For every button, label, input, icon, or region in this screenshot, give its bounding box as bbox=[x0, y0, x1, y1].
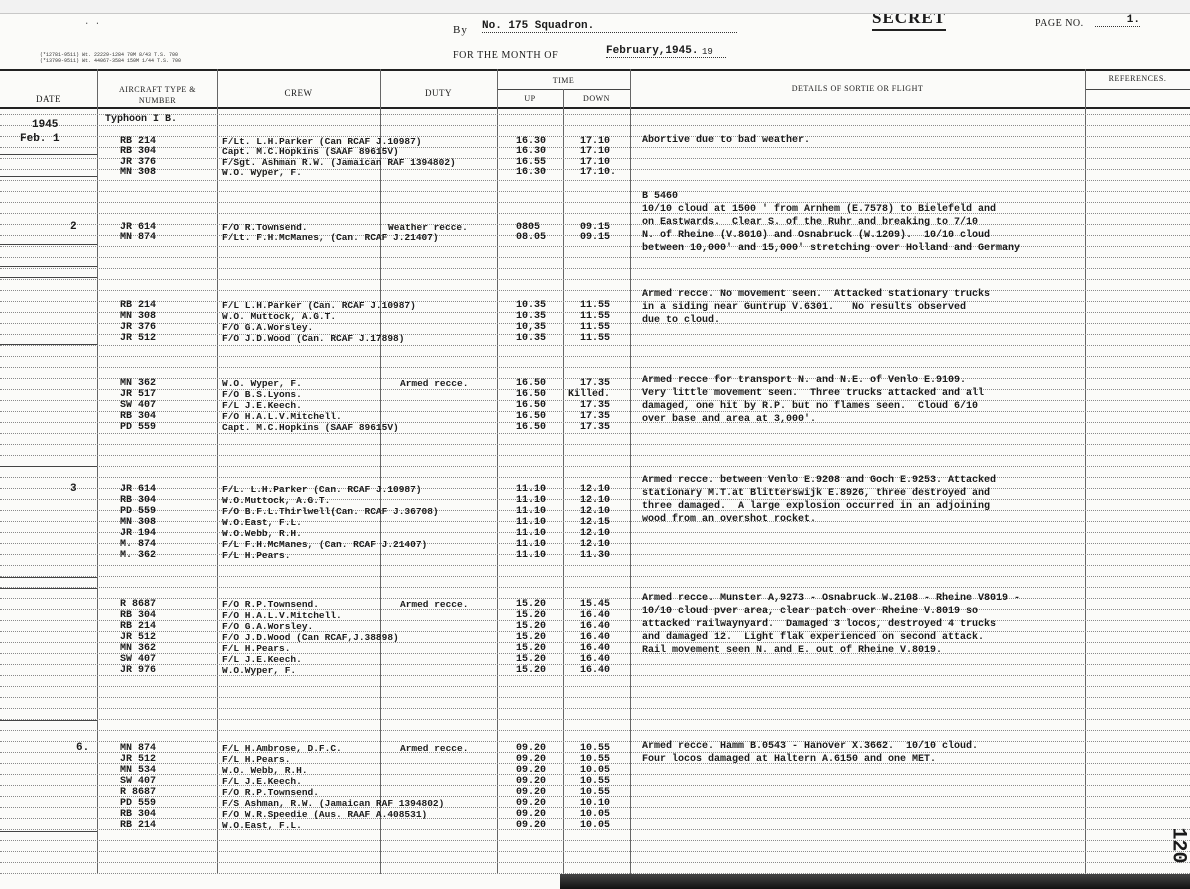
aircraft-number: RB 304 bbox=[120, 610, 156, 621]
crew-name: F/L L.H.Parker (Can. RCAF J.10987) bbox=[222, 300, 416, 311]
sortie-details: Armed recce for transport N. and N.E. of… bbox=[642, 374, 984, 426]
margin-rule bbox=[0, 720, 97, 721]
time-down: 11.55 bbox=[580, 311, 610, 322]
time-up: 15.20 bbox=[516, 599, 546, 610]
time-up: 16.50 bbox=[516, 422, 546, 433]
time-down: 11.55 bbox=[580, 333, 610, 344]
crew-name: W.O.Wyper, F. bbox=[222, 665, 296, 676]
crew-name: W.O. Wyper, F. bbox=[222, 167, 302, 178]
time-up: 10.35 bbox=[516, 300, 546, 311]
aircraft-number: SW 407 bbox=[120, 654, 156, 665]
crew-name: F/O R.P.Townsend. bbox=[222, 599, 319, 610]
time-up: 09.20 bbox=[516, 798, 546, 809]
ruled-line bbox=[0, 114, 1190, 115]
aircraft-number: PD 559 bbox=[120, 506, 156, 517]
time-up: 15.20 bbox=[516, 654, 546, 665]
page-bottom-margin bbox=[0, 874, 560, 889]
time-up: 15.20 bbox=[516, 610, 546, 621]
aircraft-number: JR 614 bbox=[120, 484, 156, 495]
aircraft-number: M. 874 bbox=[120, 539, 156, 550]
duty: Armed recce. bbox=[400, 599, 468, 610]
aircraft-number: MN 362 bbox=[120, 643, 156, 654]
header-rule-top bbox=[0, 69, 1190, 71]
crew-name: F/O G.A.Worsley. bbox=[222, 322, 313, 333]
col-time: Time bbox=[497, 76, 630, 85]
time-up: 09.20 bbox=[516, 820, 546, 831]
entry-date: 6. bbox=[76, 743, 89, 754]
margin-rule bbox=[0, 244, 97, 245]
time-down: Killed. bbox=[568, 389, 610, 400]
col-up: Up bbox=[497, 94, 563, 103]
margin-rule bbox=[0, 466, 97, 467]
operations-record-page: · · (*12781-9511) Wt. 22229-1284 70M 8/4… bbox=[0, 14, 1190, 874]
time-up: 11.10 bbox=[516, 517, 546, 528]
col-aircraft: Aircraft Type & Number bbox=[100, 84, 215, 106]
aircraft-type: Typhoon I B. bbox=[105, 114, 177, 125]
sortie-details: Armed recce. No movement seen. Attacked … bbox=[642, 288, 990, 327]
aircraft-number: R 8687 bbox=[120, 787, 156, 798]
crew-name: F/L F.H.McManes, (Can. RCAF J.21407) bbox=[222, 539, 427, 550]
margin-rule bbox=[0, 266, 97, 267]
time-down: 17.10. bbox=[580, 167, 616, 178]
time-down: 10.05 bbox=[580, 820, 610, 831]
time-up: 16.30 bbox=[516, 167, 546, 178]
time-up: 15.20 bbox=[516, 632, 546, 643]
ruled-line bbox=[0, 686, 1190, 687]
time-up: 08.05 bbox=[516, 232, 546, 243]
time-up: 16.50 bbox=[516, 389, 546, 400]
crew-name: F/O J.D.Wood (Can. RCAF J.17898) bbox=[222, 333, 404, 344]
time-down: 10.55 bbox=[580, 787, 610, 798]
references-subrule bbox=[1085, 89, 1190, 90]
time-up: 11.10 bbox=[516, 550, 546, 561]
column-divider bbox=[1085, 69, 1086, 874]
time-up: 16.50 bbox=[516, 400, 546, 411]
sortie-details: Armed recce. Hamm B.0543 - Hanover X.366… bbox=[642, 740, 978, 766]
crew-name: W.O.Webb, R.H. bbox=[222, 528, 302, 539]
aircraft-number: SW 407 bbox=[120, 776, 156, 787]
margin-rule bbox=[0, 831, 97, 832]
time-up: 10.35 bbox=[516, 311, 546, 322]
time-down: 10.55 bbox=[580, 776, 610, 787]
aircraft-number: RB 304 bbox=[120, 495, 156, 506]
time-up: 11.10 bbox=[516, 495, 546, 506]
aircraft-number: RB 304 bbox=[120, 411, 156, 422]
duty: Armed recce. bbox=[400, 743, 468, 754]
ruled-line bbox=[0, 565, 1190, 566]
year-prefix: 19 bbox=[702, 47, 713, 57]
time-down: 16.40 bbox=[580, 643, 610, 654]
time-down: 11.55 bbox=[580, 322, 610, 333]
aircraft-number: JR 376 bbox=[120, 322, 156, 333]
margin-rule bbox=[0, 154, 97, 155]
crew-name: W.O.Muttock, A.G.T. bbox=[222, 495, 330, 506]
time-down: 10.55 bbox=[580, 754, 610, 765]
ruled-line bbox=[0, 444, 1190, 445]
ruled-line bbox=[0, 125, 1190, 126]
aircraft-number: MN 308 bbox=[120, 311, 156, 322]
time-down: 12.10 bbox=[580, 506, 610, 517]
ruled-line bbox=[0, 367, 1190, 368]
time-down: 17.10 bbox=[580, 146, 610, 157]
crew-name: F/O B.F.L.Thirlwell(Can. RCAF J.36708) bbox=[222, 506, 439, 517]
time-up: 15.20 bbox=[516, 665, 546, 676]
aircraft-number: MN 362 bbox=[120, 378, 156, 389]
time-down: 17.35 bbox=[580, 411, 610, 422]
reference-stamp: 120 bbox=[1167, 827, 1190, 863]
ruled-line bbox=[0, 741, 1190, 742]
time-up: 15.20 bbox=[516, 621, 546, 632]
ruled-line bbox=[0, 290, 1190, 291]
crew-name: Capt. M.C.Hopkins (SAAF 89615V) bbox=[222, 146, 399, 157]
margin-rule bbox=[0, 277, 97, 278]
ruled-line bbox=[0, 455, 1190, 456]
by-label: By bbox=[453, 24, 468, 36]
entry-date: Feb. 1 bbox=[20, 134, 60, 145]
time-down: 11.55 bbox=[580, 300, 610, 311]
time-down: 10.10 bbox=[580, 798, 610, 809]
ruled-line bbox=[0, 356, 1190, 357]
margin-rule bbox=[0, 176, 97, 177]
aircraft-number: RB 304 bbox=[120, 146, 156, 157]
time-down: 16.40 bbox=[580, 665, 610, 676]
ruled-line bbox=[0, 279, 1190, 280]
crew-name: F/L H.Pears. bbox=[222, 754, 290, 765]
time-down: 10.05 bbox=[580, 809, 610, 820]
squadron-name: No. 175 Squadron. bbox=[482, 20, 737, 33]
ruled-line bbox=[0, 433, 1190, 434]
crew-name: W.O. Wyper, F. bbox=[222, 378, 302, 389]
time-up: 09.20 bbox=[516, 754, 546, 765]
entry-date: 3 bbox=[70, 484, 77, 495]
time-up: 11.10 bbox=[516, 484, 546, 495]
scan-edge-shadow bbox=[560, 874, 1190, 889]
crew-name: F/L J.E.Keech. bbox=[222, 654, 302, 665]
col-crew: Crew bbox=[217, 88, 380, 98]
column-divider bbox=[563, 89, 564, 874]
aircraft-number: JR 194 bbox=[120, 528, 156, 539]
aircraft-number: JR 517 bbox=[120, 389, 156, 400]
aircraft-number: RB 214 bbox=[120, 621, 156, 632]
crew-name: F/L H.Pears. bbox=[222, 643, 290, 654]
crew-name: F/O J.D.Wood (Can RCAF,J.38898) bbox=[222, 632, 399, 643]
aircraft-number: M. 362 bbox=[120, 550, 156, 561]
aircraft-number: PD 559 bbox=[120, 422, 156, 433]
time-up: 15.20 bbox=[516, 643, 546, 654]
crew-name: F/L J.E.Keech. bbox=[222, 776, 302, 787]
crew-name: F/Lt. F.H.McManes, (Can. RCAF J.21407) bbox=[222, 232, 439, 243]
time-down: 10.05 bbox=[580, 765, 610, 776]
ruled-line bbox=[0, 862, 1190, 863]
aircraft-number: MN 308 bbox=[120, 167, 156, 178]
crew-name: F/O H.A.L.V.Mitchell. bbox=[222, 411, 342, 422]
ruled-line bbox=[0, 477, 1190, 478]
crew-name: F/O B.S.Lyons. bbox=[222, 389, 302, 400]
column-divider bbox=[497, 69, 498, 874]
ruled-line bbox=[0, 268, 1190, 269]
time-down: 16.40 bbox=[580, 610, 610, 621]
ruled-line bbox=[0, 708, 1190, 709]
form-codes: (*12781-9511) Wt. 22229-1284 70M 8/43 T.… bbox=[40, 52, 181, 64]
crew-name: F/L H.Ambrose, D.F.C. bbox=[222, 743, 342, 754]
margin-rule bbox=[0, 344, 97, 345]
page-label: Page No. bbox=[1035, 18, 1084, 29]
time-up: 16.30 bbox=[516, 146, 546, 157]
ruled-line bbox=[0, 719, 1190, 720]
time-down: 12.15 bbox=[580, 517, 610, 528]
crew-name: W.O.East, F.L. bbox=[222, 517, 302, 528]
column-divider bbox=[217, 69, 218, 874]
time-down: 15.45 bbox=[580, 599, 610, 610]
col-date: Date bbox=[0, 94, 97, 104]
month-label: For the Month of bbox=[453, 50, 558, 61]
time-up: 11.10 bbox=[516, 528, 546, 539]
time-up: 11.10 bbox=[516, 539, 546, 550]
time-up: 10.35 bbox=[516, 333, 546, 344]
time-down: 09.15 bbox=[580, 232, 610, 243]
aircraft-number: JR 512 bbox=[120, 632, 156, 643]
viewer-top-bar bbox=[0, 0, 1190, 14]
time-down: 16.40 bbox=[580, 621, 610, 632]
aircraft-number: JR 512 bbox=[120, 754, 156, 765]
sortie-details: Armed recce. between Venlo E.9208 and Go… bbox=[642, 474, 996, 526]
crew-name: W.O. Muttock, A.G.T. bbox=[222, 311, 336, 322]
sortie-details: B 5460 10/10 cloud at 1500 ' from Arnhem… bbox=[642, 190, 1020, 255]
aircraft-number: RB 304 bbox=[120, 809, 156, 820]
aircraft-number: R 8687 bbox=[120, 599, 156, 610]
time-up: 09.20 bbox=[516, 776, 546, 787]
ruled-line bbox=[0, 466, 1190, 467]
sortie-details: Armed recce. Munster A,9273 - Osnabruck … bbox=[642, 592, 1020, 657]
duty: Armed recce. bbox=[400, 378, 468, 389]
time-up: 09.20 bbox=[516, 765, 546, 776]
ruled-line bbox=[0, 697, 1190, 698]
ruled-line bbox=[0, 851, 1190, 852]
ruled-line bbox=[0, 345, 1190, 346]
time-up: 16.50 bbox=[516, 411, 546, 422]
time-down: 12.10 bbox=[580, 539, 610, 550]
time-down: 12.10 bbox=[580, 528, 610, 539]
time-down: 16.40 bbox=[580, 654, 610, 665]
page-number: 1. bbox=[1095, 14, 1140, 27]
time-up: 09.20 bbox=[516, 809, 546, 820]
aircraft-number: JR 512 bbox=[120, 333, 156, 344]
ruled-line bbox=[0, 730, 1190, 731]
ruled-line bbox=[0, 180, 1190, 181]
margin-rule bbox=[0, 577, 97, 578]
aircraft-number: MN 534 bbox=[120, 765, 156, 776]
time-down: 16.40 bbox=[580, 632, 610, 643]
column-divider bbox=[380, 69, 381, 874]
crew-name: F/O W.R.Speedie (Aus. RAAF A.408531) bbox=[222, 809, 427, 820]
time-down: 17.35 bbox=[580, 422, 610, 433]
time-down: 12.10 bbox=[580, 495, 610, 506]
ruled-line bbox=[0, 576, 1190, 577]
time-down: 17.35 bbox=[580, 378, 610, 389]
crew-name: W.O.East, F.L. bbox=[222, 820, 302, 831]
col-references: References. bbox=[1085, 74, 1190, 83]
aircraft-number: MN 874 bbox=[120, 232, 156, 243]
column-divider bbox=[630, 69, 631, 874]
time-up: 09.20 bbox=[516, 787, 546, 798]
ruled-line bbox=[0, 257, 1190, 258]
sortie-details: Abortive due to bad weather. bbox=[642, 134, 810, 147]
entry-date: 1945 bbox=[32, 120, 58, 131]
margin-rule bbox=[0, 588, 97, 589]
classification-stamp: SECRET bbox=[872, 14, 946, 31]
time-down: 11.30 bbox=[580, 550, 610, 561]
crew-name: F/S Ashman, R.W. (Jamaican RAF 1394802) bbox=[222, 798, 444, 809]
aircraft-number: RB 214 bbox=[120, 820, 156, 831]
aircraft-number: PD 559 bbox=[120, 798, 156, 809]
col-details: Details of Sortie or Flight bbox=[630, 84, 1085, 93]
ruled-line bbox=[0, 587, 1190, 588]
time-down: 10.55 bbox=[580, 743, 610, 754]
crew-name: F/L H.Pears. bbox=[222, 550, 290, 561]
aircraft-number: MN 308 bbox=[120, 517, 156, 528]
time-down: 17.35 bbox=[580, 400, 610, 411]
time-down: 12.10 bbox=[580, 484, 610, 495]
aircraft-number: SW 407 bbox=[120, 400, 156, 411]
crew-name: F/O R.P.Townsend. bbox=[222, 787, 319, 798]
col-down: Down bbox=[563, 94, 630, 103]
aircraft-number: MN 874 bbox=[120, 743, 156, 754]
time-up: 09.20 bbox=[516, 743, 546, 754]
crew-name: F/L. L.H.Parker (Can. RCAF J.10987) bbox=[222, 484, 422, 495]
aircraft-number: JR 976 bbox=[120, 665, 156, 676]
time-up: 11.10 bbox=[516, 506, 546, 517]
ruled-line bbox=[0, 840, 1190, 841]
crew-name: F/O H.A.L.V.Mitchell. bbox=[222, 610, 342, 621]
smudge: · · bbox=[84, 19, 100, 29]
column-divider bbox=[97, 69, 98, 874]
time-up: 16.50 bbox=[516, 378, 546, 389]
crew-name: F/L J.E.Keech. bbox=[222, 400, 302, 411]
crew-name: Capt. M.C.Hopkins (SAAF 89615V) bbox=[222, 422, 399, 433]
col-duty: Duty bbox=[380, 88, 497, 98]
entry-date: 2 bbox=[70, 222, 77, 233]
header-rule-bottom bbox=[0, 107, 1190, 109]
crew-name: F/O G.A.Worsley. bbox=[222, 621, 313, 632]
time-up: 10,35 bbox=[516, 322, 546, 333]
crew-name: W.O. Webb, R.H. bbox=[222, 765, 308, 776]
aircraft-number: RB 214 bbox=[120, 300, 156, 311]
